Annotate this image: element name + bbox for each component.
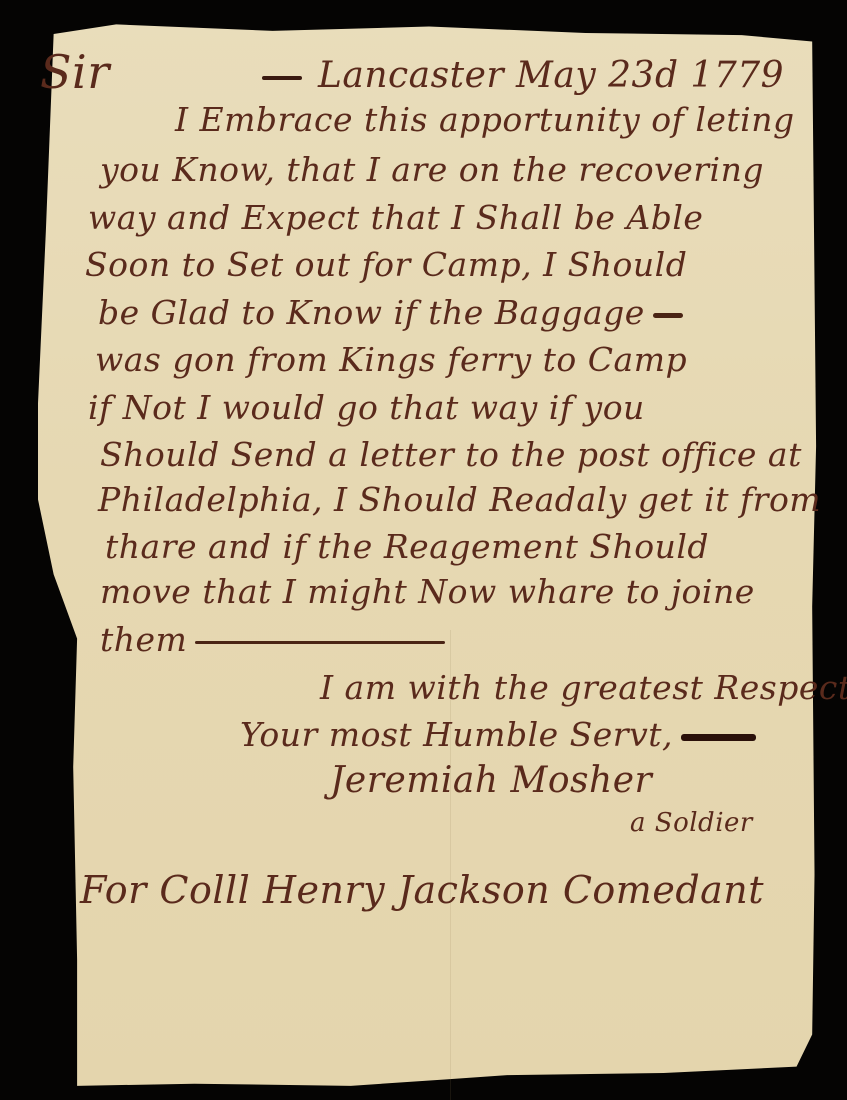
body-line: Philadelphia, I Should Readaly get it fr… [98,480,821,519]
body-line: thare and if the Reagement Should [105,527,709,566]
signature-title: a Soldier [630,808,753,838]
body-line-text: be Glad to Know if the Baggage [98,293,645,332]
body-line: way and Expect that I Shall be Able [88,198,703,237]
place-date-line: Lancaster May 23d 1779 [262,55,784,96]
body-line: Should Send a letter to the post office … [100,435,802,474]
body-line: Soon to Set out for Camp, I Should [85,245,687,284]
body-line: be Glad to Know if the Baggage [98,293,683,332]
body-line: if Not I would go that way if you [88,388,645,427]
line-filler-dash [653,313,683,318]
body-line-text: them [100,620,187,659]
line-filler-dash [195,641,445,644]
closing-line: I am with the greatest Respect [320,668,847,707]
signature: Jeremiah Mosher [330,760,652,801]
body-line: them [100,620,445,659]
place-date-text: Lancaster May 23d 1779 [318,55,784,96]
line-filler-dash [681,734,756,741]
body-line: was gon from Kings ferry to Camp [95,340,687,379]
body-line: I Embrace this apportunity of leting [175,100,795,139]
salutation: Sir [40,45,110,99]
flourish-stroke [262,76,302,80]
body-line: move that I might Now whare to joine [100,572,755,611]
addressee-line: For Colll Henry Jackson Comedant [80,868,764,912]
body-line: you Know, that I are on the recovering [100,150,764,189]
closing-line-text: Your most Humble Servt, [240,715,673,754]
closing-line: Your most Humble Servt, [240,715,756,754]
